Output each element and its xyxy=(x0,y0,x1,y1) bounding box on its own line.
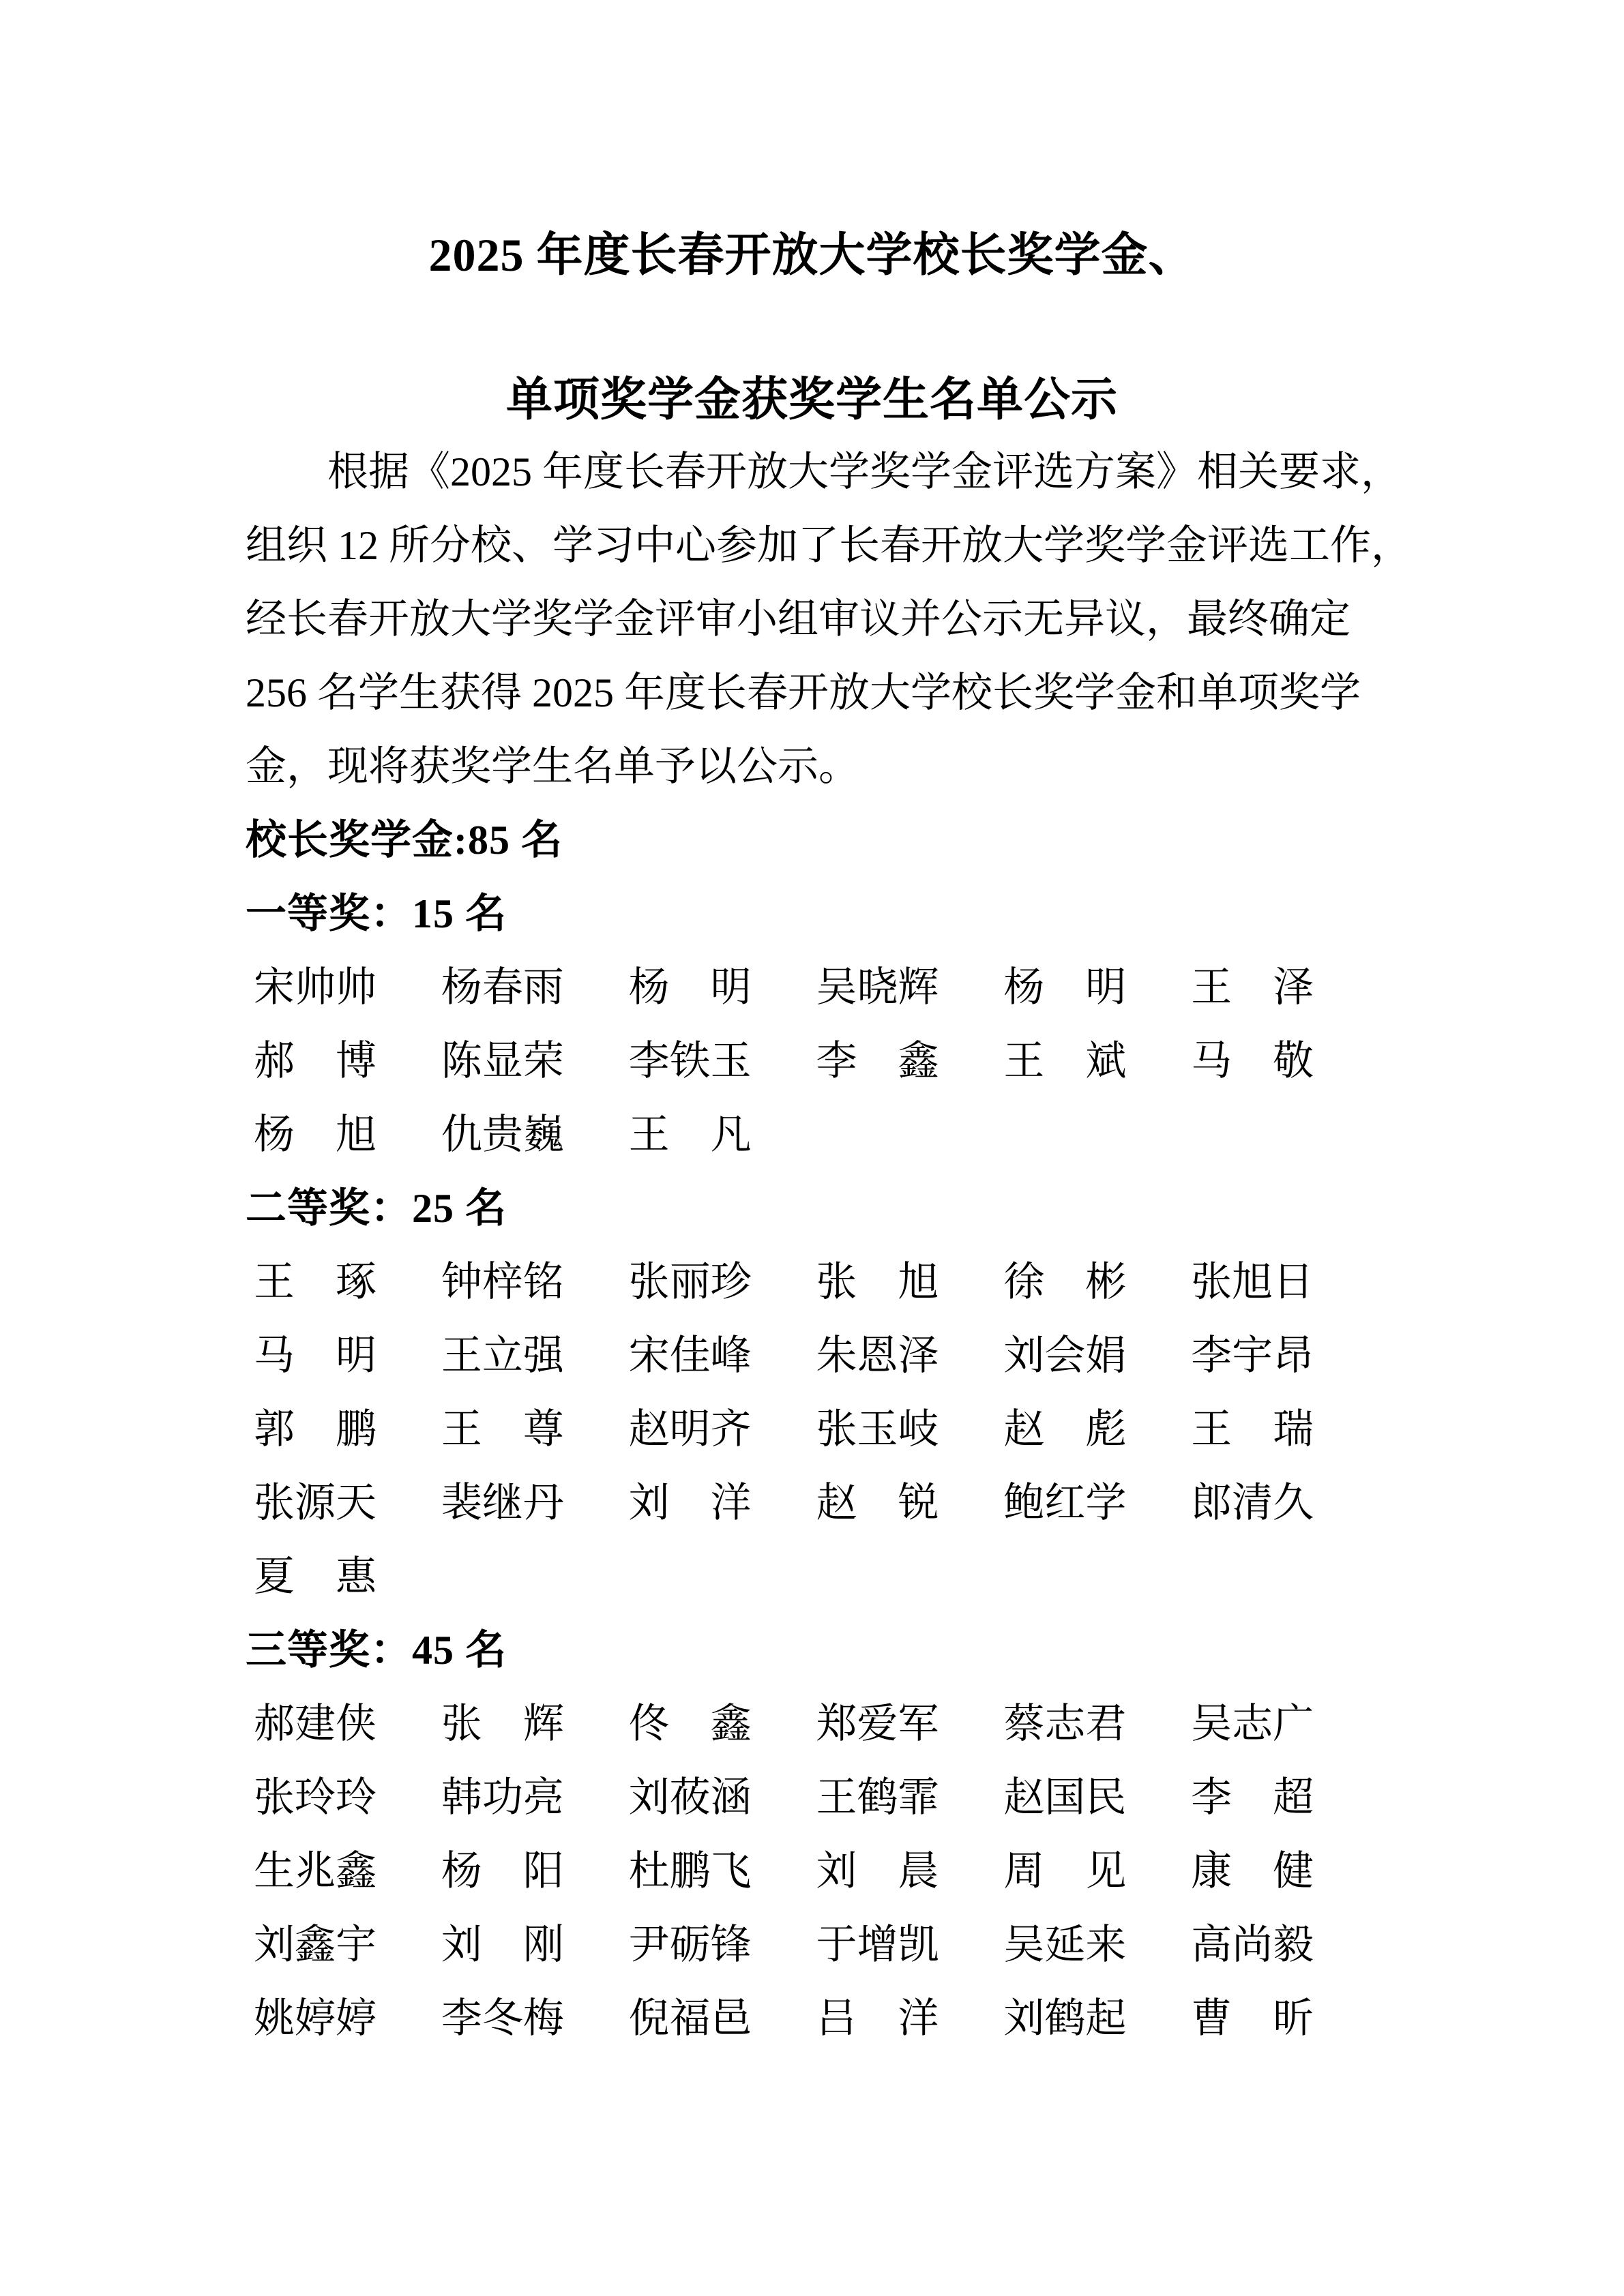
winner-name: 吕 洋 xyxy=(816,1982,1004,2055)
winner-name: 吴延来 xyxy=(1003,1908,1191,1982)
winner-name: 刘会娟 xyxy=(1003,1319,1191,1392)
winner-name: 李铁玉 xyxy=(629,1024,816,1098)
winner-name: 张 辉 xyxy=(441,1687,629,1761)
winner-name: 王 瑞 xyxy=(1191,1392,1378,1466)
prize-tier-heading-first: 一等奖：15 名 xyxy=(246,877,1378,951)
winner-name: 朱恩泽 xyxy=(816,1319,1004,1392)
winner-name: 张玲玲 xyxy=(254,1761,441,1834)
winner-name: 王 斌 xyxy=(1003,1024,1191,1098)
winner-name: 郎清久 xyxy=(1191,1466,1378,1540)
winner-name: 曹 昕 xyxy=(1191,1982,1378,2055)
winner-name: 宋帅帅 xyxy=(254,951,441,1024)
winner-name: 李冬梅 xyxy=(441,1982,629,2055)
winner-name: 郭 鹏 xyxy=(254,1392,441,1466)
winner-name: 裴继丹 xyxy=(441,1466,629,1540)
winner-name: 王 泽 xyxy=(1191,951,1378,1024)
winner-name: 李 超 xyxy=(1191,1761,1378,1834)
winner-name: 杨 明 xyxy=(629,951,816,1024)
winner-name: 杨 明 xyxy=(1003,951,1191,1024)
winner-name: 杨 旭 xyxy=(254,1098,441,1172)
winner-names-grid-second-prize: 王 琢钟梓铭张丽珍张 旭徐 彬张旭日马 明王立强宋佳峰朱恩泽刘会娟李宇昂郭 鹏王… xyxy=(246,1245,1378,1613)
scholarship-category-heading: 校长奖学金:85 名 xyxy=(246,803,1378,877)
winner-name: 刘鑫宇 xyxy=(254,1908,441,1982)
winner-name: 赵明齐 xyxy=(629,1392,816,1466)
document-title-line2: 单项奖学金获奖学生名单公示 xyxy=(246,375,1378,424)
winner-name: 张旭日 xyxy=(1191,1245,1378,1319)
winner-name: 宋佳峰 xyxy=(629,1319,816,1392)
winner-name: 张丽珍 xyxy=(629,1245,816,1319)
winner-name: 尹砺锋 xyxy=(629,1908,816,1982)
paragraph-line: 256 名学生获得 2025 年度长春开放大学校长奖学金和单项奖学 xyxy=(246,656,1378,730)
winner-name: 刘 洋 xyxy=(629,1466,816,1540)
winner-name: 高尚毅 xyxy=(1191,1908,1378,1982)
winner-name: 韩功亮 xyxy=(441,1761,629,1834)
winner-name: 于增凯 xyxy=(816,1908,1004,1982)
winner-name: 王鹤霏 xyxy=(816,1761,1004,1834)
winner-name: 杨春雨 xyxy=(441,951,629,1024)
winner-name: 仇贵巍 xyxy=(441,1098,629,1172)
winner-name: 李宇昂 xyxy=(1191,1319,1378,1392)
winner-name: 刘 晨 xyxy=(816,1834,1004,1908)
winner-name: 郝 博 xyxy=(254,1024,441,1098)
winner-name: 夏 惠 xyxy=(254,1540,441,1613)
winner-name: 蔡志君 xyxy=(1003,1687,1191,1761)
winner-names-grid-third-prize: 郝建侠张 辉佟 鑫郑爱军蔡志君吴志广张玲玲韩功亮刘莜涵王鹤霏赵国民李 超生兆鑫杨… xyxy=(246,1687,1378,2055)
winner-name: 王 尊 xyxy=(441,1392,629,1466)
winner-name: 马 敬 xyxy=(1191,1024,1378,1098)
winner-name: 佟 鑫 xyxy=(629,1687,816,1761)
winner-name: 刘莜涵 xyxy=(629,1761,816,1834)
winner-name: 杨 阳 xyxy=(441,1834,629,1908)
winner-name: 康 健 xyxy=(1191,1834,1378,1908)
winner-name: 钟梓铭 xyxy=(441,1245,629,1319)
prize-tier-heading-third: 三等奖：45 名 xyxy=(246,1613,1378,1687)
winner-name: 李 鑫 xyxy=(816,1024,1004,1098)
winner-name: 刘鹤起 xyxy=(1003,1982,1191,2055)
intro-paragraph: 根据《2025 年度长春开放大学奖学金评选方案》相关要求，组织 12 所分校、学… xyxy=(246,435,1378,803)
winner-name: 赵 锐 xyxy=(816,1466,1004,1540)
winner-name: 徐 彬 xyxy=(1003,1245,1191,1319)
winner-name: 赵 彪 xyxy=(1003,1392,1191,1466)
winner-name: 倪福邑 xyxy=(629,1982,816,2055)
winner-name: 王 琢 xyxy=(254,1245,441,1319)
prize-tier-heading-second: 二等奖：25 名 xyxy=(246,1172,1378,1245)
winner-name: 吴志广 xyxy=(1191,1687,1378,1761)
winner-name: 张源天 xyxy=(254,1466,441,1540)
winner-name: 生兆鑫 xyxy=(254,1834,441,1908)
winner-name: 郝建侠 xyxy=(254,1687,441,1761)
winner-name: 赵国民 xyxy=(1003,1761,1191,1834)
winner-name: 杜鹏飞 xyxy=(629,1834,816,1908)
winner-name: 吴晓辉 xyxy=(816,951,1004,1024)
winner-names-grid-first-prize: 宋帅帅杨春雨杨 明吴晓辉杨 明王 泽郝 博陈显荣李铁玉李 鑫王 斌马 敬杨 旭仇… xyxy=(246,951,1378,1172)
winner-name: 王立强 xyxy=(441,1319,629,1392)
paragraph-line: 金，现将获奖学生名单予以公示。 xyxy=(246,730,1378,803)
document-page: 2025 年度长春开放大学校长奖学金、 单项奖学金获奖学生名单公示 根据《202… xyxy=(0,0,1624,2296)
winner-name: 姚婷婷 xyxy=(254,1982,441,2055)
winner-name: 陈显荣 xyxy=(441,1024,629,1098)
winner-name: 马 明 xyxy=(254,1319,441,1392)
winner-name: 张 旭 xyxy=(816,1245,1004,1319)
winner-name: 周 见 xyxy=(1003,1834,1191,1908)
paragraph-line: 组织 12 所分校、学习中心参加了长春开放大学奖学金评选工作， xyxy=(246,509,1378,582)
winner-name: 张玉岐 xyxy=(816,1392,1004,1466)
document-title-line1: 2025 年度长春开放大学校长奖学金、 xyxy=(246,0,1378,280)
paragraph-line: 经长春开放大学奖学金评审小组审议并公示无异议，最终确定 xyxy=(246,582,1378,656)
paragraph-line: 根据《2025 年度长春开放大学奖学金评选方案》相关要求， xyxy=(246,435,1378,509)
winner-name: 刘 刚 xyxy=(441,1908,629,1982)
winner-name: 鲍红学 xyxy=(1003,1466,1191,1540)
winner-name: 郑爱军 xyxy=(816,1687,1004,1761)
winner-name: 王 凡 xyxy=(629,1098,816,1172)
